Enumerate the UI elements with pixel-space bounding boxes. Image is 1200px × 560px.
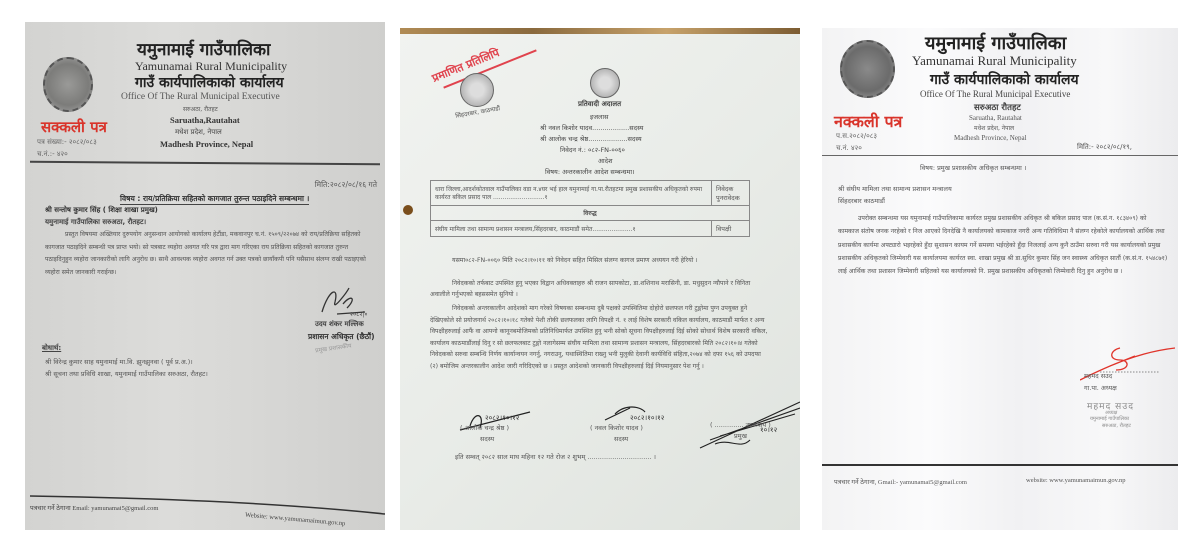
header-divider bbox=[30, 161, 380, 165]
signatory-role: प्रमुख bbox=[734, 431, 747, 440]
reference-number: प.स.२०८२/०८३ bbox=[836, 132, 877, 141]
original-letter-photo: यमुनामाई गाउँपालिका Yamunamai Rural Muni… bbox=[25, 22, 385, 530]
recipient-name: श्री संघीय मामिला तथा सामान्य प्रशासन मन… bbox=[838, 184, 952, 193]
respondent-role: विपक्षी bbox=[712, 221, 750, 237]
office-name-en: Office Of The Rural Municipal Executive bbox=[121, 92, 280, 102]
place-np: सरुअठा, रौतहट bbox=[183, 105, 218, 113]
svg-text:२०८२।१०।१२: २०८२।१०।१२ bbox=[630, 414, 665, 422]
signatory-name: ( आलोक चन्द्र श्रेष्ठ ) bbox=[460, 423, 509, 432]
municipality-name-en: Yamunamai Rural Municipality bbox=[912, 53, 1077, 69]
place-en: Saruatha,Rautahat bbox=[170, 115, 240, 125]
official-stamp-place: सरुअठा, रौतहट bbox=[1102, 423, 1131, 429]
parties-table: धारा जिल्ला,आदर्शकोतवाल गाउँपालिका वडा न… bbox=[430, 180, 750, 237]
nepal-emblem-icon bbox=[840, 40, 895, 98]
footer-email: पत्रचार गर्ने ठेगाना Email: yamunamai5@g… bbox=[30, 503, 158, 512]
letter-body: प्रस्तुत विषयमा अख्तियार दुरुपयोग अनुसन्… bbox=[45, 229, 375, 279]
office-name-np: गाउँ कार्यपालिकाको कार्यालय bbox=[930, 70, 1079, 89]
cc-item: श्री सूचना तथा प्रविधि शाखा, यमुनामाई गा… bbox=[45, 369, 208, 378]
case-number: निवेदन नं.: ०८२-FN-००६० bbox=[560, 145, 625, 154]
svg-text:२०८२|०८|१: २०८२|०८|१ bbox=[350, 311, 367, 318]
letter-body: उपरोक्त सम्बन्धमा यस यमुनामाई गाउँपालिका… bbox=[838, 212, 1168, 278]
wooden-table-edge bbox=[400, 28, 800, 34]
signatory-name: महमद सउद bbox=[1084, 371, 1112, 380]
footer-website: website: www.yamunamaimun.gov.np bbox=[1026, 477, 1126, 484]
signatory-role: सदस्य bbox=[614, 434, 628, 443]
signatory-role: सदस्य bbox=[480, 434, 494, 443]
order-paragraph: निवेदकको अन्तरकालीन आदेशको माग गरेको विष… bbox=[430, 303, 770, 372]
official-stamp-org: यमुनामाई गाउँपालिका bbox=[1090, 416, 1129, 422]
order-title: आदेश bbox=[598, 156, 613, 165]
signatory-title: गा.पा. अध्यक्ष bbox=[1084, 383, 1117, 392]
table-row: विरुद्ध bbox=[431, 206, 750, 221]
province-np: मधेश प्रदेश, नेपाल bbox=[974, 124, 1014, 132]
footer-divider bbox=[822, 464, 1178, 466]
reference-number: पत्र संख्या:- २०८२/०८३ bbox=[37, 138, 97, 147]
court-order-photo: प्रमाणित प्रतिलिपि सिंहदरबार, काठमाडौं प… bbox=[400, 28, 800, 530]
respondent-cell: संघीय मामिला तथा सामान्य प्रशासन मन्त्रा… bbox=[431, 221, 712, 237]
signatory-name: ( .............. उपाध्याय ) bbox=[710, 420, 771, 429]
recipient-address: यमुनामाई गाउँपालिका सरुअठा, रौतहट। bbox=[45, 218, 146, 227]
order-paragraph: निवेदकको तर्फबाट उपस्थित हुनु भएका विद्व… bbox=[430, 278, 770, 300]
court-emblem-icon bbox=[590, 68, 620, 98]
cc-item: श्री विरेन्द्र कुमार साह यमुनामाई मा.वि.… bbox=[45, 357, 193, 366]
letter-date: मिति:२०८२/०८/१६ गते bbox=[315, 180, 377, 190]
signatory-name: ( नवल किशोर यादव ) bbox=[590, 423, 643, 432]
table-row: धारा जिल्ला,आदर्शकोतवाल गाउँपालिका वडा न… bbox=[431, 181, 750, 206]
court-seal-icon bbox=[460, 73, 494, 107]
order-subject: विषय: अन्तरकालीन आदेश सम्बन्धमा। bbox=[545, 167, 634, 176]
order-paragraph: यसमा०८२-FN-००६० मिति २०८२।१०।११ को निवेद… bbox=[430, 255, 770, 266]
punch-hole bbox=[403, 205, 413, 215]
versus-cell: विरुद्ध bbox=[431, 206, 750, 221]
province-en: Madhesh Province, Nepal bbox=[160, 139, 253, 149]
petitioner-role: निवेदक पुनरावेदक bbox=[712, 181, 750, 206]
office-name-en: Office Of The Rural Municipal Executive bbox=[920, 89, 1070, 99]
table-row: संघीय मामिला तथा सामान्य प्रशासन मन्त्रा… bbox=[431, 221, 750, 237]
letter-subject: विषय : राय/प्रतिक्रिया सहितको कागजात तुर… bbox=[120, 194, 309, 205]
signature-icon: २०८२|०८|१ bbox=[317, 284, 367, 318]
municipality-name-en: Yamunamai Rural Municipality bbox=[135, 59, 287, 74]
office-name-np: गाउँ कार्यपालिकाको कार्यालय bbox=[135, 73, 284, 92]
header-divider bbox=[822, 155, 1178, 156]
place-en: Saruatha, Rautahat bbox=[969, 114, 1022, 122]
bench-label: इजलास bbox=[590, 112, 609, 121]
cc-label: बोधार्थ: bbox=[42, 344, 61, 353]
petitioner-cell: धारा जिल्ला,आदर्शकोतवाल गाउँपालिका वडा न… bbox=[431, 181, 712, 206]
court-name: प्रतिवादी अदालत bbox=[578, 100, 621, 109]
bench-member: श्री आलोक चन्द्र श्रेष्ठ................… bbox=[540, 134, 642, 143]
footer-email: पत्रचार गर्ने ठेगाना, Gmail:- yamunamai5… bbox=[834, 477, 967, 486]
letter-date: मिति:- २०८२/०८/१९, bbox=[1077, 143, 1132, 152]
dispatch-number: च.नं.:- ४२० bbox=[37, 150, 68, 159]
signatory-stamp: प्रमुख प्रशासकीय bbox=[315, 341, 352, 354]
municipality-name-np: यमुनामाई गाउँपालिका bbox=[925, 31, 1066, 55]
province-np: मधेश प्रदेश, नेपाल bbox=[175, 128, 222, 137]
authenticity-label: सक्कली पत्र bbox=[41, 117, 107, 137]
dispatch-number: च.नं. ४२० bbox=[836, 144, 862, 153]
municipality-name-np: यमुनामाई गाउँपालिका bbox=[137, 37, 270, 60]
nepal-emblem-icon bbox=[43, 57, 93, 112]
authenticity-label: नक्कली पत्र bbox=[834, 110, 902, 132]
bench-member: श्री नवल किशोर यादव..................सदस… bbox=[540, 123, 643, 132]
province-en: Madhesh Province, Nepal bbox=[954, 134, 1027, 142]
svg-text:२०८२।१०।१२: २०८२।१०।१२ bbox=[485, 414, 520, 422]
place-np: सरुअठा रौतहट bbox=[974, 102, 1021, 113]
signatory-title: प्रशासन अधिकृत (छैठौं) bbox=[308, 332, 375, 342]
recipient-address: सिंहदरबार काठमाडौं bbox=[838, 196, 885, 205]
order-closing: इति सम्वत् २०८२ साल माघ महिना १२ गते रोज… bbox=[455, 452, 656, 461]
letter-subject: विषय: प्रमुख प्रशासकीय अधिकृत सम्बन्धमा … bbox=[920, 163, 1026, 172]
fake-letter-photo: यमुनामाई गाउँपालिका Yamunamai Rural Muni… bbox=[822, 28, 1178, 530]
signatory-name: उदय शंकर मल्लिक bbox=[315, 320, 364, 329]
recipient-name: श्री सन्तोष कुमार सिंह ( शिक्षा शाखा प्र… bbox=[45, 206, 158, 215]
